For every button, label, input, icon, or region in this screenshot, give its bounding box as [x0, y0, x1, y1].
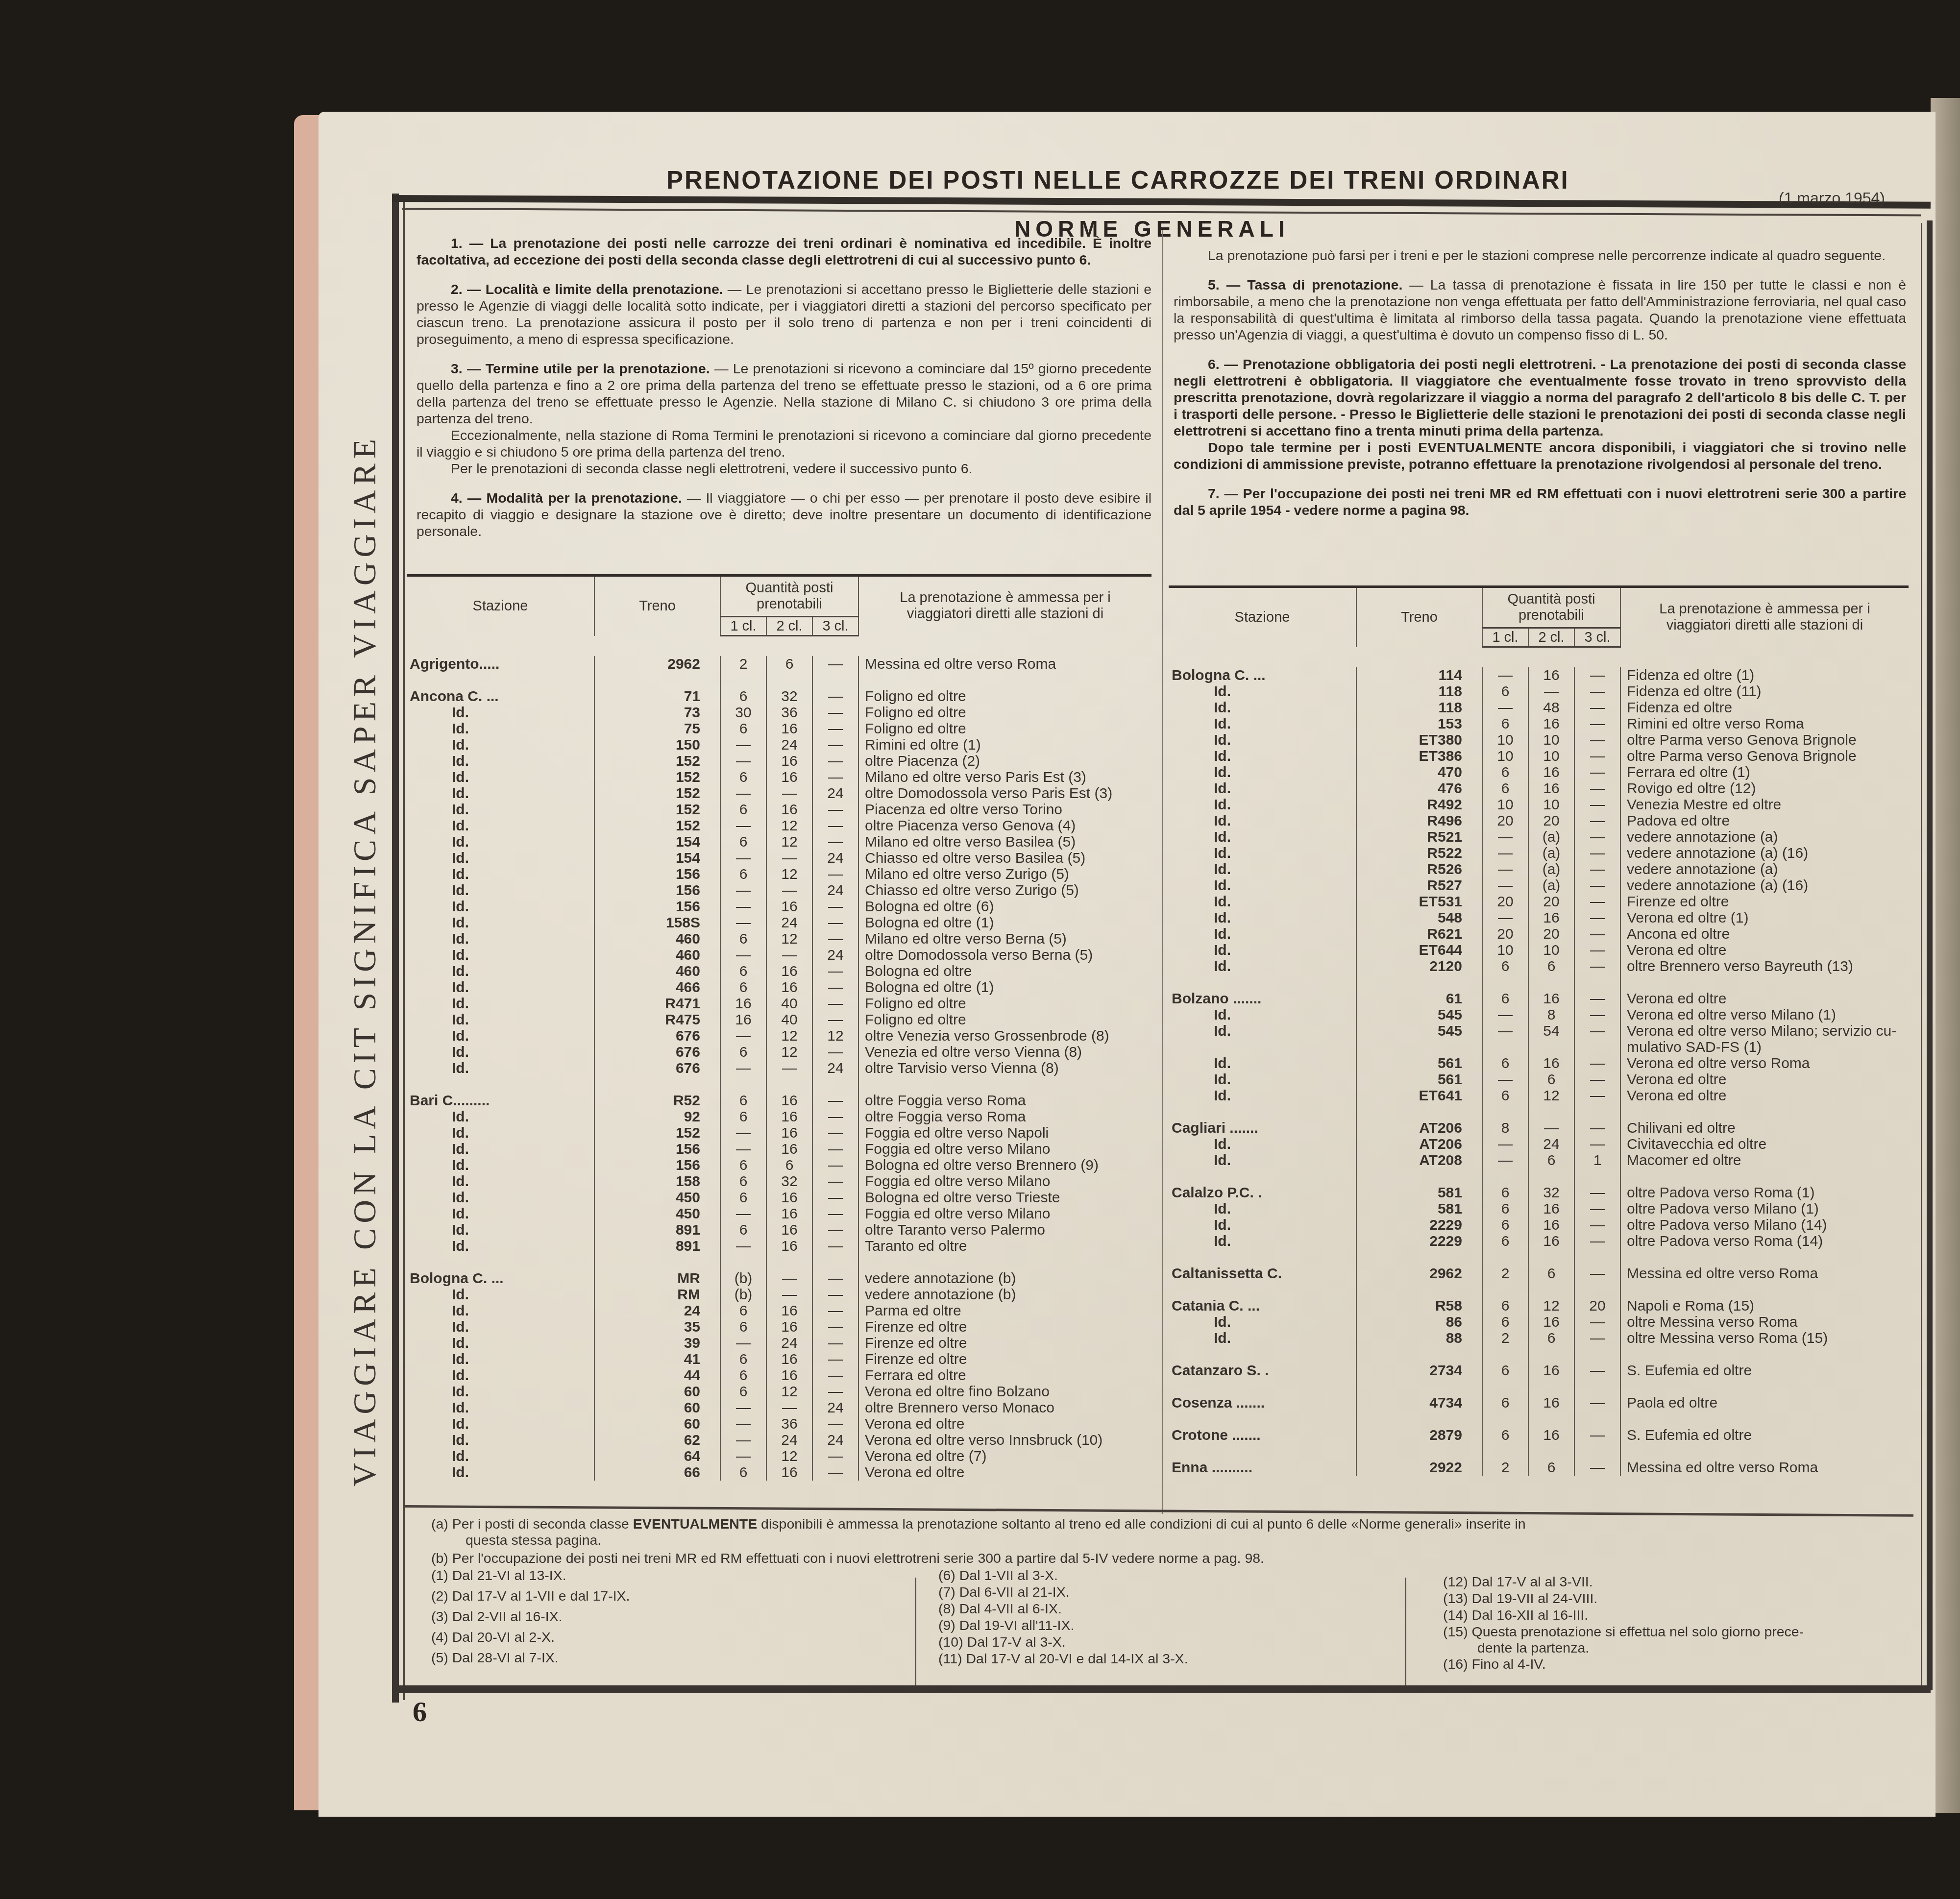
- seats-3cl-cell: —: [1574, 1314, 1620, 1330]
- seats-1cl-cell: 6: [720, 1303, 766, 1319]
- train-number-cell: 156: [594, 1141, 720, 1157]
- train-number-cell: 152: [594, 818, 720, 834]
- destination-cell: Chiasso ed oltre verso Zurigo (5): [858, 882, 1151, 899]
- train-number-cell: 545: [1356, 1007, 1482, 1023]
- seats-3cl-cell: —: [812, 866, 858, 882]
- destination-cell: Verona ed oltre (7): [858, 1448, 1151, 1464]
- destination-cell: Foggia ed oltre verso Milano: [858, 1173, 1151, 1190]
- seats-1cl-cell: 6: [720, 1044, 766, 1060]
- train-number-cell: 156: [594, 1157, 720, 1173]
- seats-2cl-cell: 16: [766, 1367, 812, 1384]
- table-row: Id.R4711640—Foligno ed oltre: [407, 996, 1151, 1012]
- destination-cell: S. Eufemia ed oltre: [1620, 1427, 1909, 1443]
- seats-3cl-cell: —: [1574, 1363, 1620, 1379]
- seats-3cl-cell: —: [812, 1109, 858, 1125]
- seats-2cl-cell: 16: [766, 802, 812, 818]
- col-header-2cl: 2 cl.: [1528, 628, 1574, 647]
- seats-3cl-cell: —: [812, 1044, 858, 1060]
- table-row: Id.152——24oltre Domodossola verso Paris …: [407, 785, 1151, 802]
- table-row: Id.R522—(a)—vedere annotazione (a) (16): [1169, 845, 1909, 861]
- table-row: Id.R4962020—Padova ed oltre: [1169, 813, 1909, 829]
- table-row: Id.60—36—Verona ed oltre: [407, 1416, 1151, 1432]
- destination-cell: Rovigo ed oltre (12): [1620, 780, 1909, 797]
- destination-cell: Foligno ed oltre: [858, 688, 1151, 705]
- destination-cell: Messina ed oltre verso Roma: [1620, 1460, 1909, 1476]
- table-row: Catania C. ...R5861220Napoli e Roma (15): [1169, 1298, 1909, 1314]
- destination-cell: Verona ed oltre: [1620, 1088, 1909, 1104]
- seats-2cl-cell: 24: [766, 737, 812, 753]
- footnote-7: (7) Dal 6-VII al 21-IX.: [938, 1584, 1379, 1601]
- train-number-cell: MR: [594, 1270, 720, 1287]
- station-cell: Id.: [407, 1400, 594, 1416]
- seats-1cl-cell: 20: [1482, 813, 1528, 829]
- seats-2cl-cell: 40: [766, 996, 812, 1012]
- seats-3cl-cell: —: [1574, 829, 1620, 845]
- table-row: Id.2229616—oltre Padova verso Roma (14): [1169, 1233, 1909, 1249]
- rule-3: 3. — Termine utile per la prenotazione. …: [416, 361, 1151, 427]
- table-row: Id.545—8—Verona ed oltre verso Milano (1…: [1169, 1007, 1909, 1023]
- train-number-cell: 153: [1356, 716, 1482, 732]
- seats-1cl-cell: 6: [720, 963, 766, 979]
- train-number-cell: 60: [594, 1400, 720, 1416]
- station-cell: Id.: [1169, 1071, 1356, 1088]
- seats-2cl-cell: 16: [766, 1093, 812, 1109]
- station-cell: Id.: [407, 1448, 594, 1464]
- seats-1cl-cell: —: [720, 1432, 766, 1448]
- seats-1cl-cell: —: [1482, 877, 1528, 894]
- seats-1cl-cell: —: [720, 947, 766, 963]
- seats-1cl-cell: —: [720, 915, 766, 931]
- table-row: Id.41616—Firenze ed oltre: [407, 1351, 1151, 1367]
- destination-cell: Milano ed oltre verso Paris Est (3): [858, 769, 1151, 785]
- destination-cell: Taranto ed oltre: [858, 1238, 1151, 1254]
- station-cell: Id.: [407, 1464, 594, 1481]
- destination-cell: Bologna ed oltre (6): [858, 899, 1151, 915]
- train-number-cell: ET386: [1356, 748, 1482, 764]
- train-number-cell: 154: [594, 850, 720, 866]
- seats-1cl-cell: 6: [1482, 764, 1528, 780]
- seats-1cl-cell: —: [720, 753, 766, 769]
- station-cell: Id.: [1169, 700, 1356, 716]
- table-row: Id.75616—Foligno ed oltre: [407, 721, 1151, 737]
- table-spacer: [1169, 1282, 1909, 1298]
- seats-3cl-cell: —: [1574, 1233, 1620, 1249]
- destination-cell: oltre Messina verso Roma: [1620, 1314, 1909, 1330]
- seats-3cl-cell: —: [812, 1303, 858, 1319]
- seats-3cl-cell: —: [812, 705, 858, 721]
- seats-3cl-cell: —: [812, 1173, 858, 1190]
- table-row: Id.450616—Bologna ed oltre verso Trieste: [407, 1190, 1151, 1206]
- seats-3cl-cell: —: [1574, 1023, 1620, 1039]
- train-number-cell: 460: [594, 947, 720, 963]
- seats-1cl-cell: 16: [720, 1012, 766, 1028]
- seats-3cl-cell: —: [1574, 1007, 1620, 1023]
- seats-2cl-cell: 16: [766, 979, 812, 996]
- table-body-left: Agrigento.....296226—Messina ed oltre ve…: [407, 656, 1151, 1481]
- seats-2cl-cell: (a): [1528, 861, 1574, 877]
- train-number-cell: 450: [594, 1206, 720, 1222]
- table-row: Id.R6212020—Ancona ed oltre: [1169, 926, 1909, 942]
- seats-2cl-cell: 16: [1528, 1201, 1574, 1217]
- station-cell: Id.: [407, 947, 594, 963]
- seats-1cl-cell: —: [1482, 910, 1528, 926]
- seats-3cl-cell: —: [812, 963, 858, 979]
- seats-1cl-cell: 6: [720, 834, 766, 850]
- destination-cell: Foggia ed oltre verso Milano: [858, 1141, 1151, 1157]
- train-number-cell: 2962: [594, 656, 720, 672]
- footnotes-col-1: (1) Dal 21-VI al 13-IX. (2) Dal 17-V al …: [431, 1568, 872, 1671]
- table-spacer: [407, 1076, 1151, 1093]
- station-cell: Id.: [407, 1028, 594, 1044]
- table-row: Id.548—16—Verona ed oltre (1): [1169, 910, 1909, 926]
- destination-cell: Macomer ed oltre: [1620, 1152, 1909, 1169]
- station-cell: Id.: [1169, 1007, 1356, 1023]
- footnote-9: (9) Dal 19-VI all'11-IX.: [938, 1618, 1379, 1634]
- seats-1cl-cell: —: [1482, 667, 1528, 683]
- table-row: Id.ET6441010—Verona ed oltre: [1169, 942, 1909, 958]
- train-number-cell: 61: [1356, 991, 1482, 1007]
- station-cell: Id.: [1169, 748, 1356, 764]
- destination-cell: Verona ed oltre: [1620, 942, 1909, 958]
- seats-2cl-cell: 24: [766, 1432, 812, 1448]
- seats-2cl-cell: 24: [766, 1335, 812, 1351]
- table-row: Id.R4751640—Foligno ed oltre: [407, 1012, 1151, 1028]
- seats-3cl-cell: —: [812, 1416, 858, 1432]
- table-row: Id.733036—Foligno ed oltre: [407, 705, 1151, 721]
- train-number-cell: 2229: [1356, 1217, 1482, 1233]
- seats-1cl-cell: 6: [1482, 1233, 1528, 1249]
- table-row: Id.153616—Rimini ed oltre verso Roma: [1169, 716, 1909, 732]
- destination-cell: oltre Piacenza (2): [858, 753, 1151, 769]
- seats-3cl-cell: —: [812, 753, 858, 769]
- destination-cell: Verona ed oltre: [858, 1416, 1151, 1432]
- train-number-cell: 2229: [1356, 1233, 1482, 1249]
- destination-cell: Verona ed oltre (1): [1620, 910, 1909, 926]
- train-number-cell: 66: [594, 1464, 720, 1481]
- col-header-destination: La prenotazione è ammessa per i viaggiat…: [1620, 587, 1909, 647]
- seats-2cl-cell: 16: [1528, 991, 1574, 1007]
- page-title: PRENOTAZIONE DEI POSTI NELLE CARROZZE DE…: [666, 166, 1569, 195]
- train-number-cell: R492: [1356, 797, 1482, 813]
- destination-cell: Bologna ed oltre (1): [858, 915, 1151, 931]
- seats-1cl-cell: 16: [720, 996, 766, 1012]
- station-cell: Id.: [1169, 797, 1356, 813]
- station-cell: Enna ..........: [1169, 1460, 1356, 1476]
- seats-2cl-cell: 16: [766, 1464, 812, 1481]
- station-cell: Id.: [1169, 764, 1356, 780]
- seats-2cl-cell: 6: [1528, 1460, 1574, 1476]
- table-spacer: [1169, 1169, 1909, 1185]
- footnote-15: (15) Questa prenotazione si effettua nel…: [1443, 1624, 1909, 1656]
- train-number-cell: 2734: [1356, 1363, 1482, 1379]
- seats-3cl-cell: —: [812, 1351, 858, 1367]
- train-number-cell: R58: [1356, 1298, 1482, 1314]
- station-cell: Id.: [407, 1287, 594, 1303]
- station-cell: Id.: [1169, 732, 1356, 748]
- seats-2cl-cell: [1528, 1039, 1574, 1055]
- table-row: Id.156—16—Bologna ed oltre (6): [407, 899, 1151, 915]
- seats-2cl-cell: 20: [1528, 813, 1574, 829]
- seats-3cl-cell: —: [812, 1190, 858, 1206]
- table-spacer: [1169, 1104, 1909, 1120]
- col-header-station: Stazione: [1169, 587, 1356, 647]
- station-cell: Id.: [1169, 683, 1356, 700]
- station-cell: Id.: [407, 1044, 594, 1060]
- table-row: Id.118—48—Fidenza ed oltre: [1169, 700, 1909, 716]
- station-cell: Id.: [407, 1206, 594, 1222]
- seats-3cl-cell: —: [812, 915, 858, 931]
- rule-3-heading: 3. — Termine utile per la prenotazione.: [451, 361, 710, 377]
- destination-cell: Bologna ed oltre: [858, 963, 1151, 979]
- table-row: Id.8826—oltre Messina verso Roma (15): [1169, 1330, 1909, 1346]
- destination-cell: Firenze ed oltre: [858, 1335, 1151, 1351]
- seats-2cl-cell: 16: [766, 1238, 812, 1254]
- table-row: Caltanissetta C.296226—Messina ed oltre …: [1169, 1266, 1909, 1282]
- rule-2-heading: 2. — Località e limite della prenotazion…: [451, 282, 723, 297]
- station-cell: Id.: [407, 1060, 594, 1076]
- table-row: Id.156—16—Foggia ed oltre verso Milano: [407, 1141, 1151, 1157]
- table-row: Id.39—24—Firenze ed oltre: [407, 1335, 1151, 1351]
- seats-1cl-cell: —: [720, 1060, 766, 1076]
- seats-1cl-cell: 2: [1482, 1266, 1528, 1282]
- footnote-14: (14) Dal 16-XII al 16-III.: [1443, 1607, 1909, 1624]
- station-cell: Id.: [1169, 861, 1356, 877]
- seats-2cl-cell: 16: [766, 1109, 812, 1125]
- seats-3cl-cell: —: [812, 1335, 858, 1351]
- station-cell: Id.: [407, 963, 594, 979]
- seats-2cl-cell: 12: [1528, 1298, 1574, 1314]
- rule-1: 1. — La prenotazione dei posti nelle car…: [416, 235, 1151, 268]
- seats-2cl-cell: 20: [1528, 894, 1574, 910]
- station-cell: Bolzano .......: [1169, 991, 1356, 1007]
- seats-3cl-cell: —: [812, 1287, 858, 1303]
- destination-cell: oltre Parma verso Genova Brignole: [1620, 732, 1909, 748]
- seats-2cl-cell: —: [766, 1287, 812, 1303]
- col-header-train: Treno: [1356, 587, 1482, 647]
- footnote-3: (3) Dal 2-VII al 16-IX.: [431, 1609, 872, 1630]
- seats-3cl-cell: —: [1574, 894, 1620, 910]
- train-number-cell: 460: [594, 931, 720, 947]
- seats-1cl-cell: —: [1482, 829, 1528, 845]
- station-cell: Id.: [407, 1335, 594, 1351]
- seats-1cl-cell: —: [720, 1416, 766, 1432]
- seats-3cl-cell: —: [1574, 877, 1620, 894]
- seats-1cl-cell: —: [720, 1141, 766, 1157]
- rule-6-after-deadline: Dopo tale termine per i posti EVENTUALME…: [1174, 439, 1906, 473]
- seats-3cl-cell: —: [1574, 716, 1620, 732]
- seats-1cl-cell: 10: [1482, 732, 1528, 748]
- seats-1cl-cell: 20: [1482, 926, 1528, 942]
- seats-3cl-cell: —: [1574, 780, 1620, 797]
- seats-1cl-cell: 6: [720, 979, 766, 996]
- table-row: Id.66616—Verona ed oltre: [407, 1464, 1151, 1481]
- seats-1cl-cell: 6: [720, 1173, 766, 1190]
- station-cell: Id.: [1169, 1330, 1356, 1346]
- table-spacer: [1169, 1443, 1909, 1460]
- seats-3cl-cell: 24: [812, 1060, 858, 1076]
- train-number-cell: ET644: [1356, 942, 1482, 958]
- footnote-13: (13) Dal 19-VII al 24-VIII.: [1443, 1591, 1909, 1607]
- destination-cell: Parma ed oltre: [858, 1303, 1151, 1319]
- destination-cell: oltre Messina verso Roma (15): [1620, 1330, 1909, 1346]
- train-number-cell: 150: [594, 737, 720, 753]
- rule-4: 4. — Modalità per la prenotazione. — Il …: [416, 490, 1151, 540]
- station-cell: Id.: [407, 1351, 594, 1367]
- table-row: Agrigento.....296226—Messina ed oltre ve…: [407, 656, 1151, 672]
- destination-cell: Firenze ed oltre: [1620, 894, 1909, 910]
- seats-3cl-cell: —: [812, 1093, 858, 1109]
- seats-3cl-cell: 24: [812, 947, 858, 963]
- seats-1cl-cell: 10: [1482, 942, 1528, 958]
- station-cell: Id.: [407, 785, 594, 802]
- rule-5-heading: 5. — Tassa di prenotazione.: [1208, 277, 1402, 293]
- station-cell: Id.: [407, 1190, 594, 1206]
- station-cell: Id.: [1169, 910, 1356, 926]
- seats-1cl-cell: 6: [720, 866, 766, 882]
- seats-1cl-cell: 6: [1482, 991, 1528, 1007]
- seats-3cl-cell: —: [1574, 748, 1620, 764]
- table-row: Id.450—16—Foggia ed oltre verso Milano: [407, 1206, 1151, 1222]
- seats-3cl-cell: —: [1574, 732, 1620, 748]
- train-number-cell: 2922: [1356, 1460, 1482, 1476]
- destination-cell: Civitavecchia ed oltre: [1620, 1136, 1909, 1152]
- footnotes-col-3: (12) Dal 17-V al al 3-VII. (13) Dal 19-V…: [1443, 1574, 1909, 1673]
- destination-cell: Verona ed oltre verso Roma: [1620, 1055, 1909, 1071]
- train-number-cell: 86: [1356, 1314, 1482, 1330]
- seats-2cl-cell: —: [1528, 683, 1574, 700]
- destination-cell: vedere annotazione (b): [858, 1270, 1151, 1287]
- footnote-12: (12) Dal 17-V al al 3-VII.: [1443, 1574, 1909, 1591]
- station-cell: Id.: [1169, 1217, 1356, 1233]
- seats-2cl-cell: 16: [1528, 1233, 1574, 1249]
- table-row: Id.ET641612—Verona ed oltre: [1169, 1088, 1909, 1104]
- destination-cell: Padova ed oltre: [1620, 813, 1909, 829]
- train-number-cell: R527: [1356, 877, 1482, 894]
- station-cell: Id.: [407, 705, 594, 721]
- rule-5: 5. — Tassa di prenotazione. — La tassa d…: [1174, 277, 1906, 343]
- station-cell: Id.: [1169, 813, 1356, 829]
- table-row: Id.ET3861010—oltre Parma verso Genova Br…: [1169, 748, 1909, 764]
- table-row: Id.R521—(a)—vedere annotazione (a): [1169, 829, 1909, 845]
- table-row: Id.AT208—61Macomer ed oltre: [1169, 1152, 1909, 1169]
- destination-cell: Venezia Mestre ed oltre: [1620, 797, 1909, 813]
- destination-cell: Foligno ed oltre: [858, 1012, 1151, 1028]
- col-header-3cl: 3 cl.: [1574, 628, 1620, 647]
- seats-1cl-cell: 30: [720, 705, 766, 721]
- destination-cell: Napoli e Roma (15): [1620, 1298, 1909, 1314]
- rule-7: 7. — Per l'occupazione dei posti nei tre…: [1174, 486, 1906, 519]
- station-cell: Id.: [407, 1319, 594, 1335]
- station-cell: Id.: [407, 850, 594, 866]
- seats-1cl-cell: 6: [1482, 1055, 1528, 1071]
- seats-3cl-cell: —: [1574, 1055, 1620, 1071]
- footnote-1: (1) Dal 21-VI al 13-IX.: [431, 1568, 872, 1588]
- seats-3cl-cell: [1574, 1039, 1620, 1055]
- side-slogan: VIAGGIARE CON LA CIT SIGNIFICA SAPER VIA…: [333, 274, 397, 1646]
- footnote-16: (16) Fino al 4-IV.: [1443, 1656, 1909, 1673]
- seats-2cl-cell: 32: [1528, 1185, 1574, 1201]
- seats-1cl-cell: 6: [720, 1384, 766, 1400]
- seats-3cl-cell: —: [1574, 1185, 1620, 1201]
- seats-1cl-cell: 6: [720, 931, 766, 947]
- seats-1cl-cell: 6: [1482, 780, 1528, 797]
- train-number-cell: 476: [1356, 780, 1482, 797]
- table-row: Id.561—6—Verona ed oltre: [1169, 1071, 1909, 1088]
- destination-cell: Foligno ed oltre: [858, 705, 1151, 721]
- train-number-cell: 158: [594, 1173, 720, 1190]
- station-cell: Id.: [407, 996, 594, 1012]
- seats-2cl-cell: 6: [1528, 1152, 1574, 1169]
- seats-1cl-cell: —: [1482, 1136, 1528, 1152]
- seats-1cl-cell: 6: [720, 1109, 766, 1125]
- seats-2cl-cell: —: [766, 1060, 812, 1076]
- station-cell: Id.: [1169, 926, 1356, 942]
- station-cell: Id.: [407, 1303, 594, 1319]
- table-row: Calalzo P.C. .581632—oltre Padova verso …: [1169, 1185, 1909, 1201]
- seats-2cl-cell: 16: [1528, 667, 1574, 683]
- station-cell: Bari C.........: [407, 1093, 594, 1109]
- seats-1cl-cell: 6: [720, 802, 766, 818]
- train-number-cell: 114: [1356, 667, 1482, 683]
- seats-3cl-cell: —: [1574, 861, 1620, 877]
- station-cell: Id.: [1169, 1152, 1356, 1169]
- seats-1cl-cell: 2: [720, 656, 766, 672]
- train-number-cell: [1356, 1039, 1482, 1055]
- train-number-cell: AT208: [1356, 1152, 1482, 1169]
- rule-3-exception: Eccezionalmente, nella stazione di Roma …: [416, 427, 1151, 461]
- table-row: Id.64—12—Verona ed oltre (7): [407, 1448, 1151, 1464]
- table-row: Id.35616—Firenze ed oltre: [407, 1319, 1151, 1335]
- destination-cell: Foggia ed oltre verso Napoli: [858, 1125, 1151, 1141]
- train-number-cell: 152: [594, 1125, 720, 1141]
- seats-3cl-cell: —: [1574, 1395, 1620, 1411]
- station-cell: Ancona C. ...: [407, 688, 594, 705]
- station-cell: Catania C. ...: [1169, 1298, 1356, 1314]
- station-cell: Id.: [407, 1141, 594, 1157]
- table-row: mulativo SAD-FS (1): [1169, 1039, 1909, 1055]
- destination-cell: Messina ed oltre verso Roma: [1620, 1266, 1909, 1282]
- table-row: Id.150—24—Rimini ed oltre (1): [407, 737, 1151, 753]
- rule-2: 2. — Località e limite della prenotazion…: [416, 281, 1151, 348]
- footnote-6: (6) Dal 1-VII al 3-X.: [938, 1568, 1379, 1584]
- seats-3cl-cell: —: [1574, 845, 1620, 861]
- destination-cell: Verona ed oltre: [858, 1464, 1151, 1481]
- table-row: Id.1186——Fidenza ed oltre (11): [1169, 683, 1909, 700]
- destination-cell: Ferrara ed oltre: [858, 1367, 1151, 1384]
- footnote-8: (8) Dal 4-VII al 6-IX.: [938, 1601, 1379, 1618]
- table-row: Id.92616—oltre Foggia verso Roma: [407, 1109, 1151, 1125]
- table-row: Id.676612—Venezia ed oltre verso Vienna …: [407, 1044, 1151, 1060]
- train-number-cell: R522: [1356, 845, 1482, 861]
- destination-cell: Foligno ed oltre: [858, 996, 1151, 1012]
- seats-1cl-cell: 6: [1482, 1298, 1528, 1314]
- seats-1cl-cell: 6: [720, 1157, 766, 1173]
- station-cell: Id.: [1169, 1233, 1356, 1249]
- station-cell: Id.: [407, 1367, 594, 1384]
- seats-2cl-cell: 16: [1528, 1363, 1574, 1379]
- train-number-cell: 152: [594, 753, 720, 769]
- train-number-cell: 73: [594, 705, 720, 721]
- station-cell: Id.: [407, 915, 594, 931]
- seats-2cl-cell: 16: [766, 963, 812, 979]
- table-row: Bari C.........R52616—oltre Foggia verso…: [407, 1093, 1151, 1109]
- seats-1cl-cell: —: [1482, 1023, 1528, 1039]
- destination-cell: oltre Brennero verso Bayreuth (13): [1620, 958, 1909, 974]
- reservation-table-right: Stazione Treno Quantità posti prenotabil…: [1169, 585, 1909, 1476]
- seats-1cl-cell: 10: [1482, 797, 1528, 813]
- frame-border-left-inner: [403, 196, 405, 1700]
- seats-1cl-cell: 10: [1482, 748, 1528, 764]
